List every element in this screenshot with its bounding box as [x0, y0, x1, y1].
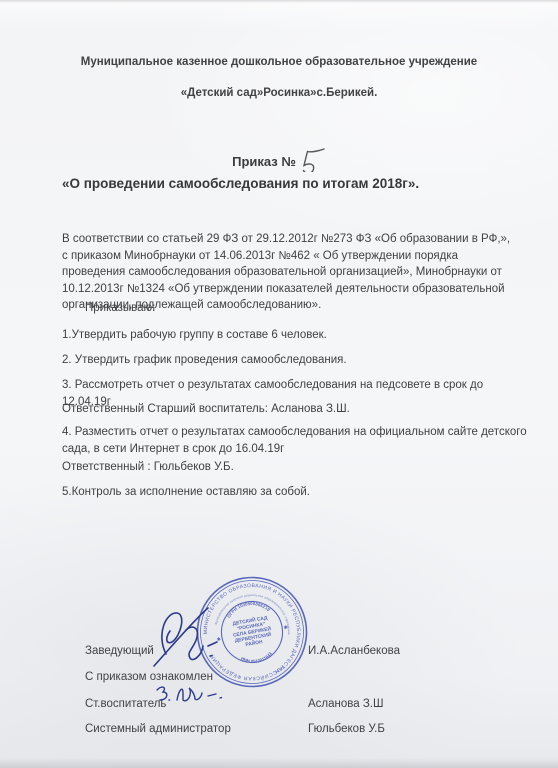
- order-number-line: Приказ №: [0, 146, 558, 175]
- svg-text:ИНН 0512011643: ИНН 0512011643: [239, 650, 274, 666]
- sig-name-director: И.А.Асланбекова: [308, 645, 400, 657]
- order-item-1: 1.Утвердить рабочую группу в составе 6 ч…: [62, 327, 527, 344]
- order-label: Приказ №: [232, 154, 296, 169]
- sig-role-senior-teacher: Ст.воспитатель: [85, 698, 166, 710]
- handwritten-order-number: [300, 146, 326, 175]
- sig-name-sysadmin: Гюльбеков У.Б: [308, 723, 385, 735]
- sig-name-senior-teacher: Асланова З.Ш: [308, 698, 384, 710]
- responsible-line-1: Ответственный Старший воспитатель: Аслан…: [62, 401, 527, 418]
- stamp-inn: ИНН 0512011643: [239, 650, 274, 666]
- directive-intro: Приказываю:: [85, 302, 155, 314]
- director-signature: [150, 600, 230, 672]
- order-item-4: 4. Разместить отчет о результатах самооб…: [62, 424, 527, 457]
- responsible-line-2: Ответственный : Гюльбеков У.Б.: [62, 459, 527, 476]
- sig-acknowledged-label: С приказом ознакомлен: [85, 671, 213, 683]
- order-item-2: 2. Утвердить график проведения самообсле…: [62, 352, 527, 369]
- sig-role-director: Заведующий: [85, 645, 154, 657]
- scanned-order-document: Муниципальное казенное дошкольное образо…: [0, 0, 558, 768]
- sig-role-sysadmin: Системный администратор: [85, 723, 231, 735]
- order-subject: «О проведении самообследования по итогам…: [62, 176, 419, 191]
- order-item-5: 5.Контроль за исполнение оставляю за соб…: [62, 484, 527, 501]
- organization-name: Муниципальное казенное дошкольное образо…: [0, 56, 558, 68]
- organization-subname: «Детский сад»Росинка»с.Берикей.: [0, 87, 558, 99]
